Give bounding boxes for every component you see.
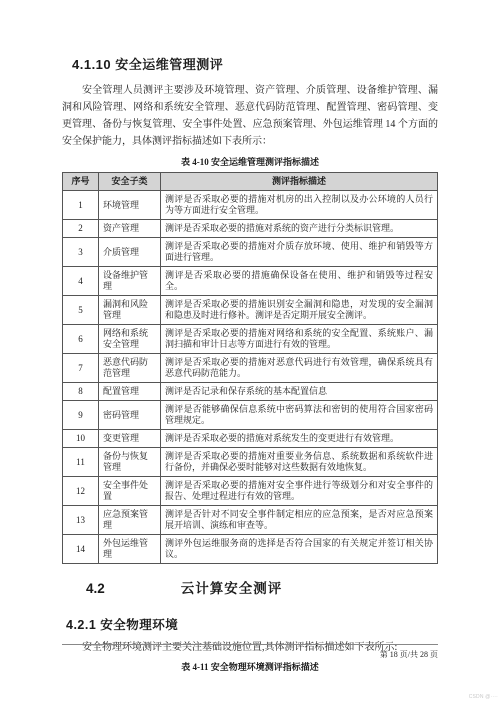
row-desc: 测评是否采取必要的措施对系统的资产进行分类标识管理。 <box>161 220 438 238</box>
row-no: 8 <box>63 383 99 401</box>
row-no: 11 <box>63 448 99 477</box>
row-category: 备份与恢复管理 <box>99 448 161 477</box>
row-desc: 测评是否采取必要的措施对机房的出入控制以及办公环境的人员行为等方面进行安全管理。 <box>161 191 438 220</box>
table-row: 11备份与恢复管理测评是否采取必要的措施对重要业务信息、系统数据和系统软件进行备… <box>63 448 438 477</box>
row-no: 5 <box>63 296 99 325</box>
row-desc: 测评是否采取必要的措施对系统发生的变更进行有效管理。 <box>161 430 438 448</box>
row-no: 10 <box>63 430 99 448</box>
section-paragraph-ops: 安全管理人员测评主要涉及环境管理、资产管理、介质管理、设备维护管理、漏洞和风险管… <box>62 82 438 150</box>
table-caption-4-11: 表 4-11 安全物理环境测评指标描述 <box>62 660 438 673</box>
table-row: 7恶意代码防范管理测评是否采取必要的措施对恶意代码进行有效管理，确保系统具有恶意… <box>63 354 438 383</box>
section-heading-4110: 4.1.10 安全运维管理测评 <box>72 54 438 73</box>
header-cell-category: 安全子类 <box>99 173 161 191</box>
row-category: 密码管理 <box>99 401 161 430</box>
header-cell-no: 序号 <box>63 173 99 191</box>
row-category: 介质管理 <box>99 238 161 267</box>
table-row: 5漏洞和风险管理测评是否采取必要的措施识别安全漏洞和隐患，对发现的安全漏洞和隐患… <box>63 296 438 325</box>
section-heading-42: 4.2 云计算安全测评 <box>62 577 438 597</box>
row-no: 1 <box>63 191 99 220</box>
row-desc: 测评是否采取必要的措施确保设备在使用、维护和销毁等过程安全。 <box>161 267 438 296</box>
table-row: 14外包运维管理测评外包运维服务商的选择是否符合国家的有关规定并签订相关协议。 <box>63 535 438 564</box>
table-row: 4设备维护管理测评是否采取必要的措施确保设备在使用、维护和销毁等过程安全。 <box>63 267 438 296</box>
row-no: 9 <box>63 401 99 430</box>
document-page: 4.1.10 安全运维管理测评 安全管理人员测评主要涉及环境管理、资产管理、介质… <box>62 0 438 677</box>
section-title: 云计算安全测评 <box>181 577 283 597</box>
row-desc: 测评是否记录和保存系统的基本配置信息 <box>161 383 438 401</box>
table-row: 3介质管理测评是否采取必要的措施对介质存放环境、使用、维护和销毁等方面进行管理。 <box>63 238 438 267</box>
row-no: 12 <box>63 477 99 506</box>
table-row: 1环境管理测评是否采取必要的措施对机房的出入控制以及办公环境的人员行为等方面进行… <box>63 191 438 220</box>
ops-eval-table: 序号 安全子类 测评指标描述 1环境管理测评是否采取必要的措施对机房的出入控制以… <box>62 172 438 564</box>
row-desc: 测评是否采取必要的措施对安全事件进行等级划分和对安全事件的报告、处理过程进行有效… <box>161 477 438 506</box>
row-category: 环境管理 <box>99 191 161 220</box>
table-row: 9密码管理测评是否能够确保信息系统中密码算法和密钥的使用符合国家密码管理规定。 <box>63 401 438 430</box>
section-heading-421: 4.2.1 安全物理环境 <box>66 615 438 633</box>
row-desc: 测评是否采取必要的措施对恶意代码进行有效管理，确保系统具有恶意代码防范能力。 <box>161 354 438 383</box>
row-desc: 测评是否采取必要的措施识别安全漏洞和隐患，对发现的安全漏洞和隐患及时进行修补。测… <box>161 296 438 325</box>
row-category: 网络和系统安全管理 <box>99 325 161 354</box>
row-category: 资产管理 <box>99 220 161 238</box>
watermark: CSDN @···· <box>469 694 498 700</box>
table-row: 12安全事件处置测评是否采取必要的措施对安全事件进行等级划分和对安全事件的报告、… <box>63 477 438 506</box>
table-row: 10变更管理测评是否采取必要的措施对系统发生的变更进行有效管理。 <box>63 430 438 448</box>
row-no: 4 <box>63 267 99 296</box>
table-row: 8配置管理测评是否记录和保存系统的基本配置信息 <box>63 383 438 401</box>
header-cell-desc: 测评指标描述 <box>161 173 438 191</box>
row-no: 13 <box>63 506 99 535</box>
row-desc: 测评是否采取必要的措施对介质存放环境、使用、维护和销毁等方面进行管理。 <box>161 238 438 267</box>
row-category: 安全事件处置 <box>99 477 161 506</box>
page-footer: 第 18 页/共 28 页 <box>62 644 438 660</box>
row-desc: 测评是否采取必要的措施对网络和系统的安全配置、系统账户、漏洞扫描和审计日志等方面… <box>161 325 438 354</box>
row-category: 恶意代码防范管理 <box>99 354 161 383</box>
row-desc: 测评是否针对不同安全事件制定相应的应急预案，是否对应急预案展开培训、演练和审查等… <box>161 506 438 535</box>
row-no: 3 <box>63 238 99 267</box>
row-category: 变更管理 <box>99 430 161 448</box>
row-desc: 测评是否能够确保信息系统中密码算法和密钥的使用符合国家密码管理规定。 <box>161 401 438 430</box>
row-desc: 测评外包运维服务商的选择是否符合国家的有关规定并签订相关协议。 <box>161 535 438 564</box>
row-category: 应急预案管理 <box>99 506 161 535</box>
table-row: 13应急预案管理测评是否针对不同安全事件制定相应的应急预案，是否对应急预案展开培… <box>63 506 438 535</box>
row-desc: 测评是否采取必要的措施对重要业务信息、系统数据和系统软件进行备份，并确保必要时能… <box>161 448 438 477</box>
table-caption-4-10: 表 4-10 安全运维管理测评指标描述 <box>62 155 438 168</box>
row-no: 14 <box>63 535 99 564</box>
row-category: 配置管理 <box>99 383 161 401</box>
row-no: 2 <box>63 220 99 238</box>
row-category: 外包运维管理 <box>99 535 161 564</box>
row-category: 设备维护管理 <box>99 267 161 296</box>
ops-table-body: 1环境管理测评是否采取必要的措施对机房的出入控制以及办公环境的人员行为等方面进行… <box>63 191 438 564</box>
row-category: 漏洞和风险管理 <box>99 296 161 325</box>
row-no: 7 <box>63 354 99 383</box>
table-row: 2资产管理测评是否采取必要的措施对系统的资产进行分类标识管理。 <box>63 220 438 238</box>
section-number: 4.2 <box>86 581 105 596</box>
table-header-row: 序号 安全子类 测评指标描述 <box>63 173 438 191</box>
table-row: 6网络和系统安全管理测评是否采取必要的措施对网络和系统的安全配置、系统账户、漏洞… <box>63 325 438 354</box>
row-no: 6 <box>63 325 99 354</box>
